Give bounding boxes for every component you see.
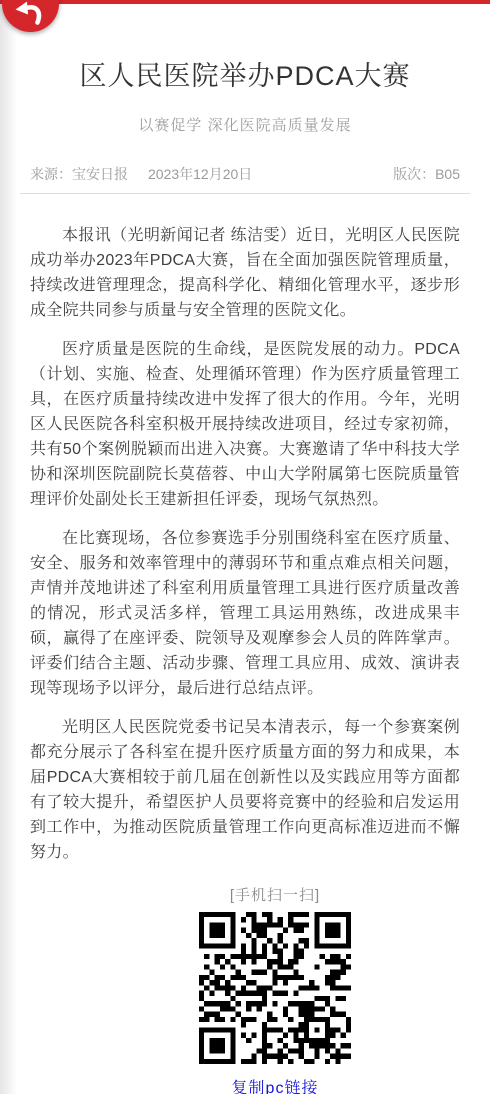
top-red-strip [0,0,490,4]
paragraph: 光明区人民医院党委书记吴本清表示，每一个参赛案例都充分展示了各科室在提升医疗质量… [30,715,460,865]
page-title: 区人民医院举办PDCA大赛 [30,0,460,93]
publish-date: 2023年12月20日 [148,166,252,182]
copy-pc-link[interactable]: 复制pc链接 [60,1075,490,1094]
article-body: 本报讯（光明新闻记者 练洁雯）近日，光明区人民医院成功举办2023年PDCA大赛… [30,223,460,865]
paragraph: 在比赛现场，各位参赛选手分别围绕科室在医疗质量、安全、服务和效率管理中的薄弱环节… [30,526,460,701]
article-page: 区人民医院举办PDCA大赛 以赛促学 深化医院高质量发展 来源：宝安日报2023… [0,0,490,865]
source-label: 来源：宝安日报 [30,166,128,182]
qr-code [199,912,351,1064]
meta-divider [20,193,470,194]
qr-caption: [手机扫一扫] [60,884,490,905]
edition-label: 版次：B05 [393,164,460,184]
paragraph: 本报讯（光明新闻记者 练洁雯）近日，光明区人民医院成功举办2023年PDCA大赛… [30,223,460,323]
qr-footer: [手机扫一扫] 复制pc链接 [60,884,490,1094]
paragraph: 医疗质量是医院的生命线，是医院发展的动力。PDCA（计划、实施、检查、处理循环管… [30,337,460,512]
article-meta-left: 来源：宝安日报2023年12月20日 [30,164,252,184]
page-subtitle: 以赛促学 深化医院高质量发展 [30,114,460,135]
article-meta: 来源：宝安日报2023年12月20日 版次：B05 [30,164,460,184]
